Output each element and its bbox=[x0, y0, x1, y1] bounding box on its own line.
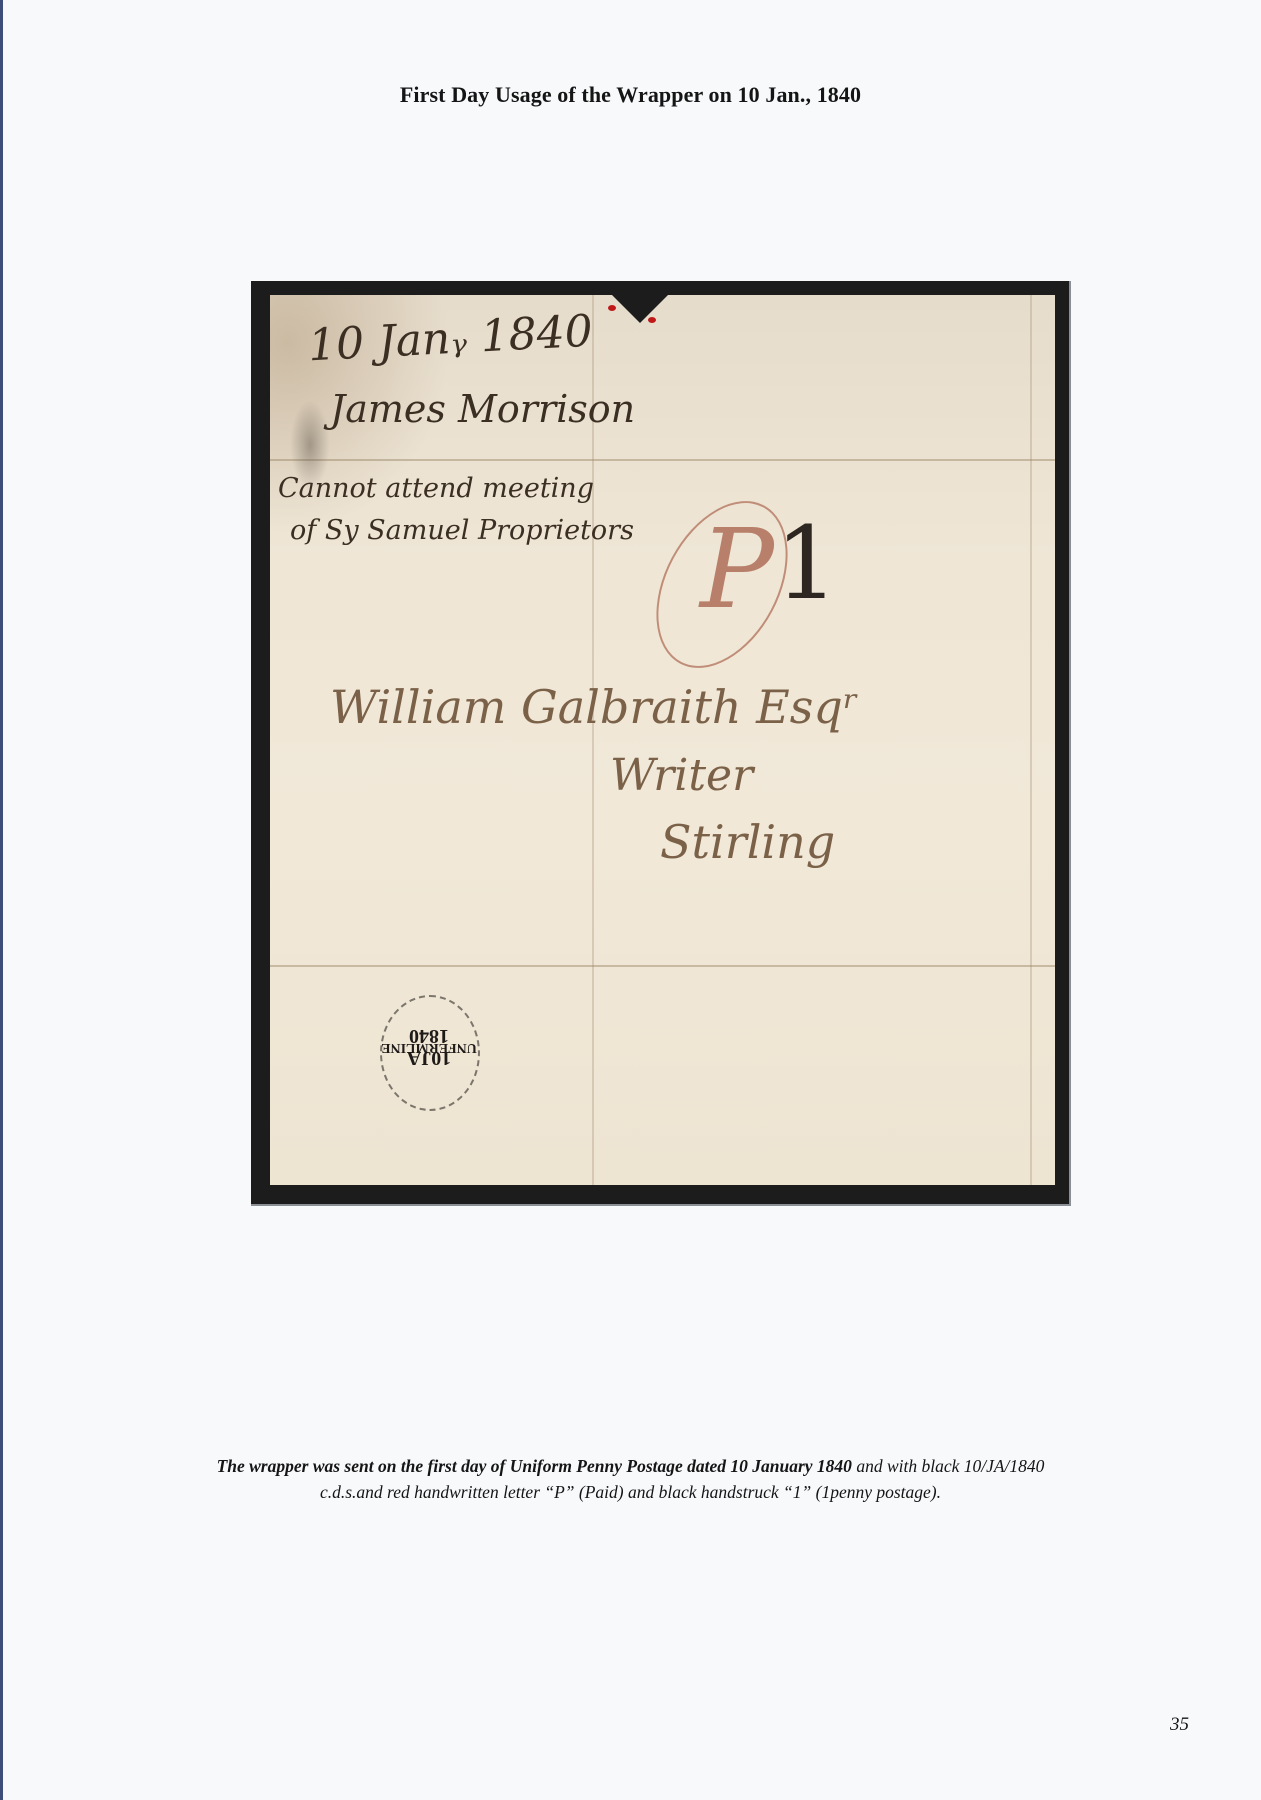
penny-postage-mark: 1 bbox=[775, 505, 839, 622]
exhibit-caption: The wrapper was sent on the first day of… bbox=[0, 1453, 1261, 1505]
wax-seal-remnant bbox=[608, 305, 616, 311]
fold-line bbox=[270, 459, 1055, 461]
address-recipient: William Galbraith Esqʳ bbox=[330, 680, 859, 734]
postmark-day-month: 10JA bbox=[394, 1047, 464, 1069]
caption-regular: and with black 10/JA/1840 bbox=[852, 1456, 1044, 1476]
docket-note: Cannot attend meeting bbox=[278, 473, 594, 504]
wrapper-mount: 10 Janᵧ 1840 James Morrison Cannot atten… bbox=[251, 281, 1071, 1206]
docket-sender: James Morrison bbox=[330, 387, 635, 431]
torn-notch bbox=[610, 295, 670, 323]
address-town: Stirling bbox=[660, 815, 835, 869]
circular-date-stamp: UNFERMLINE 10JA 1840 bbox=[380, 995, 480, 1115]
page-number: 35 bbox=[1170, 1714, 1189, 1736]
caption-line-1: The wrapper was sent on the first day of… bbox=[0, 1453, 1261, 1479]
fold-line bbox=[270, 965, 1055, 967]
paid-mark: P bbox=[700, 505, 774, 633]
scan-edge bbox=[0, 0, 3, 1800]
wax-seal-remnant bbox=[648, 317, 656, 323]
postmark-year: 1840 bbox=[394, 1025, 464, 1047]
address-occupation: Writer bbox=[610, 750, 753, 801]
postmark-date: 10JA 1840 bbox=[394, 1025, 464, 1069]
caption-bold: The wrapper was sent on the first day of… bbox=[217, 1456, 852, 1476]
letter-wrapper: 10 Janᵧ 1840 James Morrison Cannot atten… bbox=[270, 295, 1055, 1185]
docket-note: of Sy Samuel Proprietors bbox=[290, 515, 634, 546]
fold-line bbox=[1030, 295, 1032, 1185]
docket-date: 10 Janᵧ 1840 bbox=[307, 306, 594, 372]
caption-line-2: c.d.s.and red handwritten letter “P” (Pa… bbox=[0, 1479, 1261, 1505]
page-title: First Day Usage of the Wrapper on 10 Jan… bbox=[0, 82, 1261, 108]
